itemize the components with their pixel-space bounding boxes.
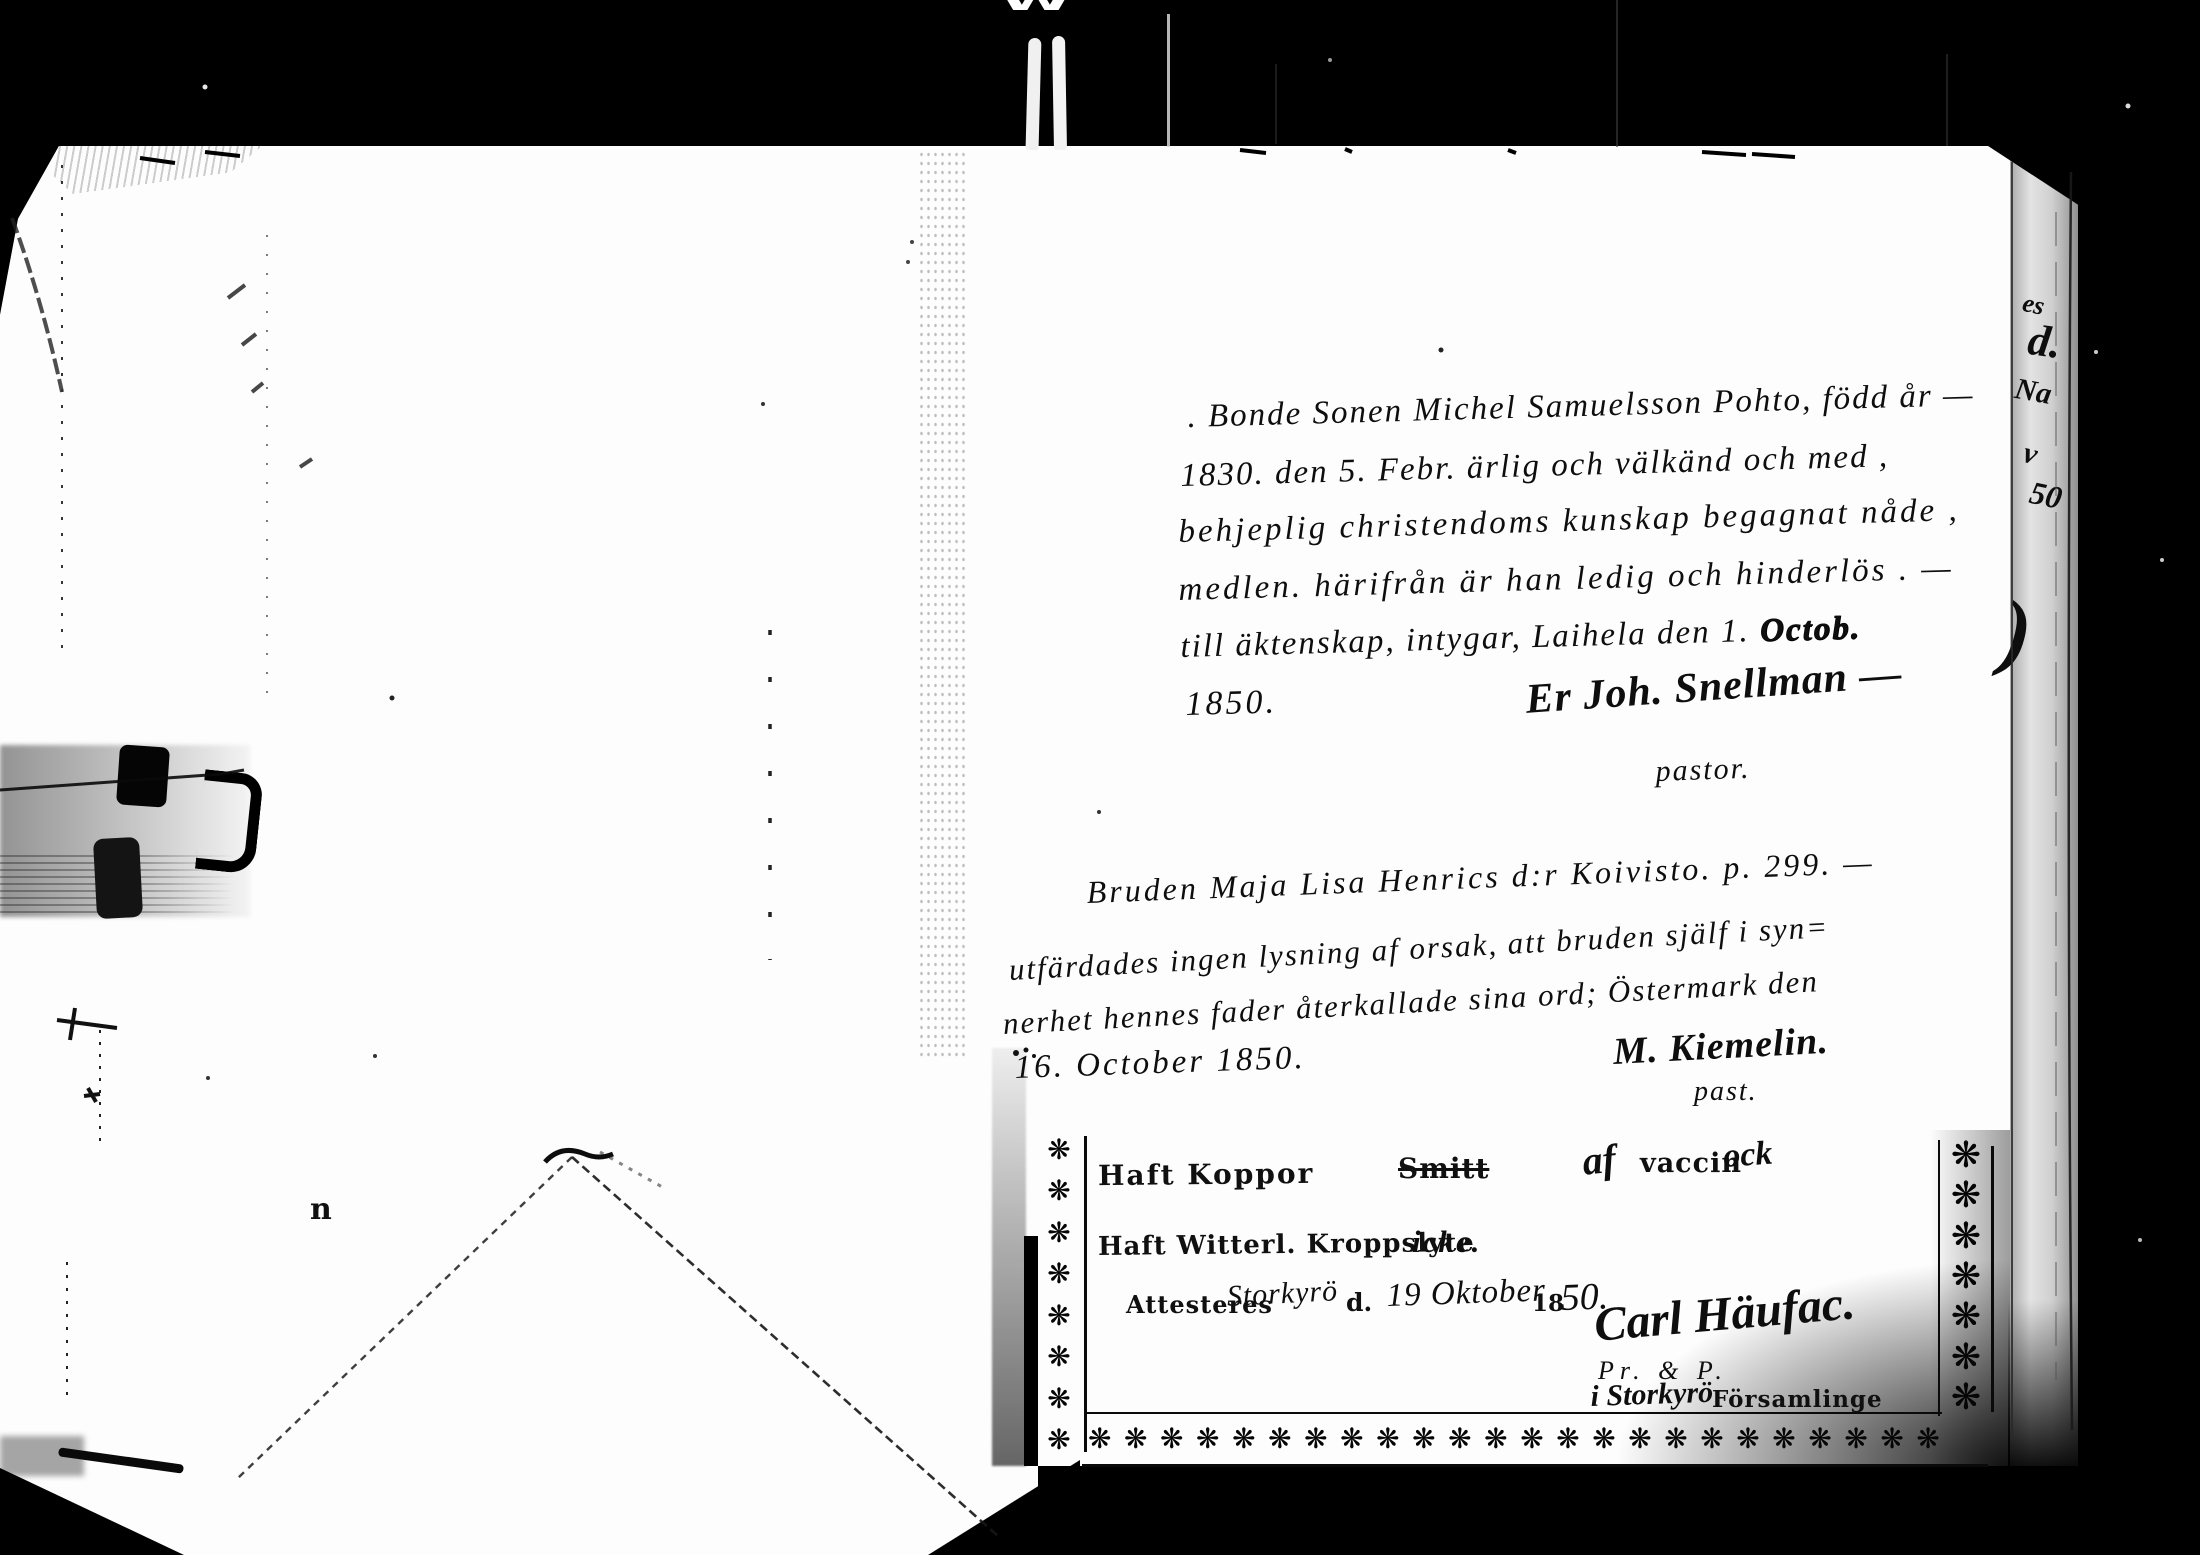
book-scan-canvas: W . Bonde Sonen Michel Samuelsson Pohto,… <box>0 0 2200 1555</box>
scratch-marks-overlay <box>0 0 2200 1555</box>
